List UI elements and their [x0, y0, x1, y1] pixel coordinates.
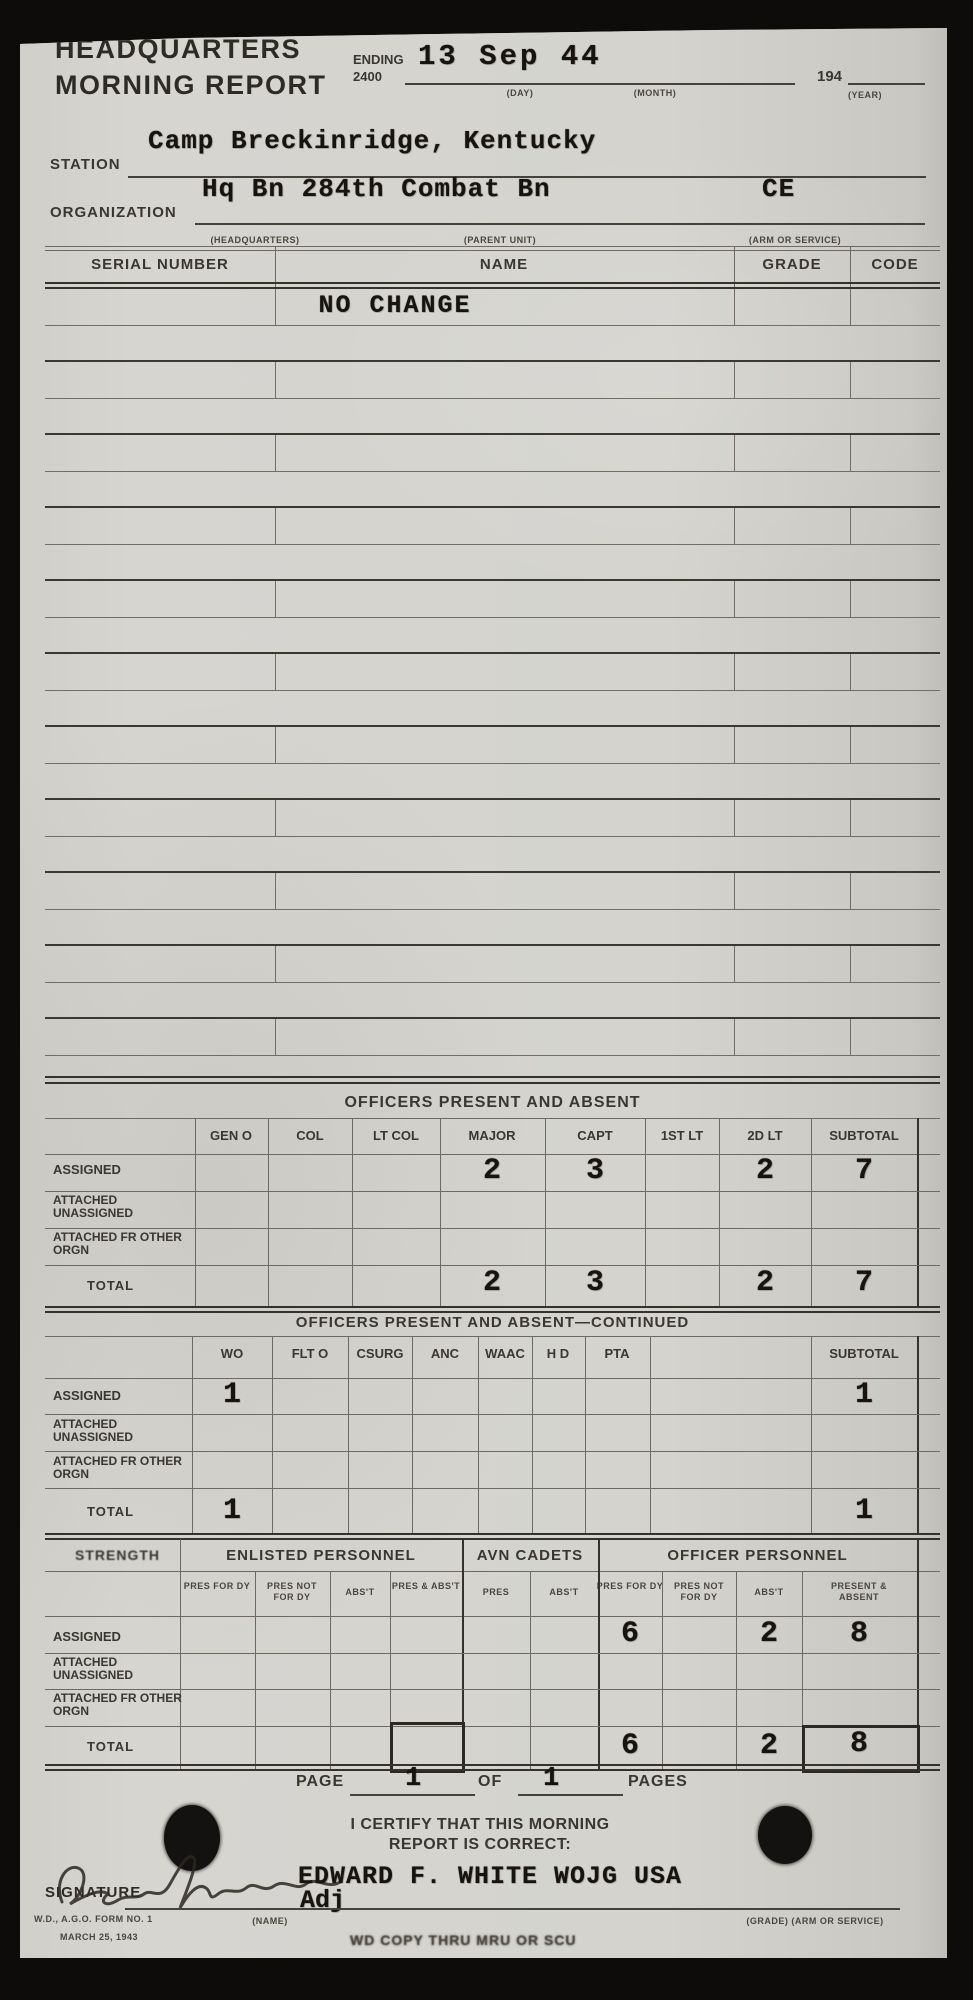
officers-col-subtotal: SUBTOTAL: [819, 1128, 909, 1143]
pages-underline: [518, 1794, 623, 1796]
pages-value: 1: [543, 1764, 559, 1794]
ending-time: 2400: [353, 69, 382, 84]
roster-divider: [734, 289, 735, 325]
punch-hole-right: [758, 1806, 812, 1864]
officers-total-subtotal: 7: [834, 1266, 894, 1300]
form-title-line1: HEADQUARTERS: [55, 34, 301, 65]
roster-entry-row: [45, 508, 940, 545]
scanned-morning-report: { "header": { "title_line1": "HEADQUARTE…: [0, 0, 973, 2000]
page-value: 1: [405, 1764, 421, 1794]
parent-unit-caption: (PARENT UNIT): [420, 235, 580, 245]
roster-entry-row: [45, 581, 940, 618]
section-separator-1: [45, 1076, 940, 1078]
cont-row-label-assigned: ASSIGNED: [53, 1388, 121, 1403]
grade-arm-caption: (GRADE) (ARM OR SERVICE): [710, 1916, 920, 1926]
ending-label: ENDING: [353, 52, 404, 67]
roster-entry-row: [45, 1019, 940, 1056]
year-underline: [848, 83, 925, 85]
officers-total-capt: 3: [565, 1266, 625, 1300]
officers-total-2dlt: 2: [735, 1266, 795, 1300]
officers-col-1stlt: 1ST LT: [637, 1128, 727, 1143]
arm-or-service-caption: (ARM OR SERVICE): [715, 235, 875, 245]
officers-assigned-capt: 3: [565, 1154, 625, 1188]
roster-spacer-row: [45, 472, 940, 508]
roster-spacer-row: [45, 326, 940, 362]
enl-col-abst: ABS'T: [325, 1587, 395, 1598]
roster-entry-row: NO CHANGE: [45, 289, 940, 326]
cont-row-label-attached-fr: ATTACHED FR OTHER ORGN: [53, 1455, 183, 1481]
of-label: OF: [478, 1773, 502, 1791]
form-title-line2: MORNING REPORT: [55, 70, 327, 101]
cont-row-label-attached-unassigned: ATTACHED UNASSIGNED: [53, 1418, 183, 1444]
enl-col-pres-for-dy: PRES FOR DY: [182, 1581, 252, 1592]
officers-col-2dlt: 2D LT: [720, 1128, 810, 1143]
officers-assigned-major: 2: [462, 1154, 522, 1188]
arm-service-value: CE: [762, 174, 795, 204]
officers-col-col: COL: [265, 1128, 355, 1143]
cont-col-wo: WO: [187, 1346, 277, 1361]
strength-corner-label: STRENGTH: [75, 1547, 160, 1563]
cont-row-label-total: TOTAL: [87, 1504, 134, 1519]
strength-row-label-assigned: ASSIGNED: [53, 1629, 121, 1644]
cont-assigned-wo: 1: [202, 1378, 262, 1412]
roster-entry-row: [45, 435, 940, 472]
certify-line1: I CERTIFY THAT THIS MORNING: [300, 1816, 660, 1834]
pages-label: PAGES: [628, 1773, 688, 1791]
year-prefix: 194: [817, 68, 842, 85]
organization-underline: [195, 223, 925, 225]
officers-continued-table: OFFICERS PRESENT AND ABSENT—CONTINUED WO…: [45, 1312, 940, 1539]
headquarters-caption: (HEADQUARTERS): [175, 235, 335, 245]
officers-row-label-attached-unassigned: ATTACHED UNASSIGNED: [53, 1194, 183, 1220]
officers-table-title: OFFICERS PRESENT AND ABSENT: [45, 1094, 940, 1112]
officers-total-major: 2: [462, 1266, 522, 1300]
organization-value: Hq Bn 284th Combat Bn: [202, 174, 551, 204]
month-caption: (MONTH): [605, 88, 705, 98]
form-number: W.D., A.G.O. FORM NO. 1: [34, 1914, 204, 1924]
form-date: MARCH 25, 1943: [60, 1932, 190, 1942]
report-date-value: 13 Sep 44: [418, 40, 602, 73]
roster-spacer-row: [45, 764, 940, 800]
roster-entry-row: [45, 873, 940, 910]
year-caption: (YEAR): [820, 90, 910, 100]
officers-row-label-attached-fr: ATTACHED FR OTHER ORGN: [53, 1231, 183, 1257]
station-label: STATION: [50, 156, 121, 173]
roster-spacer-row: [45, 837, 940, 873]
roster-entry-row: [45, 800, 940, 837]
form-paper: HEADQUARTERS MORNING REPORT ENDING 2400 …: [20, 26, 947, 1958]
roster-col-code: CODE: [845, 256, 945, 273]
station-value: Camp Breckinridge, Kentucky: [148, 126, 596, 156]
cont-assigned-subtotal: 1: [834, 1378, 894, 1412]
organization-label: ORGANIZATION: [50, 204, 177, 221]
roster-spacer-row: [45, 691, 940, 727]
roster-header-rule-1: [45, 282, 940, 284]
roster-col-grade: GRADE: [732, 256, 852, 273]
section-separator-2: [45, 1082, 940, 1084]
strength-section-avn: AVN CADETS: [462, 1547, 598, 1564]
cont-total-subtotal: 1: [834, 1494, 894, 1528]
signature-line: [125, 1908, 900, 1910]
officers-table: OFFICERS PRESENT AND ABSENT GEN O COL LT…: [45, 1088, 940, 1312]
strength-assigned-off-abst: 2: [739, 1617, 799, 1651]
cont-total-wo: 1: [202, 1494, 262, 1528]
roster-spacer-row: [45, 545, 940, 581]
strength-total-off-pres: 6: [600, 1729, 660, 1763]
page-underline: [350, 1794, 475, 1796]
officers-col-capt: CAPT: [550, 1128, 640, 1143]
officers-row-label-total: TOTAL: [87, 1278, 134, 1293]
roster-body: NO CHANGE: [45, 289, 940, 1056]
distribution-note: WD COPY THRU MRU OR SCU: [350, 1932, 577, 1948]
cont-col-subtotal: SUBTOTAL: [819, 1346, 909, 1361]
strength-assigned-off-pres: 6: [600, 1617, 660, 1651]
roster-divider: [275, 289, 276, 325]
page-label: PAGE: [296, 1773, 344, 1791]
off-col-pres-for-dy: PRES FOR DY: [595, 1581, 665, 1592]
strength-section-officer: OFFICER PERSONNEL: [598, 1547, 917, 1564]
roster-col-name: NAME: [424, 256, 584, 273]
officers-col-ltcol: LT COL: [351, 1128, 441, 1143]
strength-row-label-total: TOTAL: [87, 1739, 134, 1754]
strength-total-off-abst: 2: [739, 1729, 799, 1763]
day-caption: (DAY): [470, 88, 570, 98]
name-caption: (NAME): [210, 1916, 330, 1926]
avn-col-abst: ABS'T: [529, 1587, 599, 1598]
roster-top-line-1: [45, 246, 940, 247]
roster-spacer-row: [45, 618, 940, 654]
enl-col-pres-not: PRES NOT FOR DY: [257, 1581, 327, 1603]
off-col-pres-not: PRES NOT FOR DY: [664, 1581, 734, 1603]
off-col-abst: ABS'T: [734, 1587, 804, 1598]
strength-table: STRENGTH ENLISTED PERSONNEL AVN CADETS O…: [45, 1539, 940, 1770]
roster-spacer-row: [45, 910, 940, 946]
roster-top-line-2: [45, 250, 940, 251]
roster-entry-row: [45, 946, 940, 983]
roster-divider: [850, 289, 851, 325]
officers-row-label-assigned: ASSIGNED: [53, 1162, 121, 1177]
roster-entry-row: [45, 654, 940, 691]
officers-continued-title: OFFICERS PRESENT AND ABSENT—CONTINUED: [45, 1314, 940, 1331]
roster-col-serial: SERIAL NUMBER: [70, 256, 250, 273]
roster-spacer-row: [45, 399, 940, 435]
officers-col-major: MAJOR: [447, 1128, 537, 1143]
typed-certifier-title: Adj: [300, 1886, 345, 1915]
strength-section-enlisted: ENLISTED PERSONNEL: [181, 1547, 461, 1564]
off-col-pres-abs: PRESENT & ABSENT: [824, 1581, 894, 1603]
strength-assigned-off-pres-abs: 8: [829, 1617, 889, 1651]
officers-assigned-2dlt: 2: [735, 1154, 795, 1188]
signature-label: SIGNATURE: [45, 1884, 141, 1901]
date-underline: [405, 83, 795, 85]
officers-assigned-subtotal: 7: [834, 1154, 894, 1188]
avn-col-pres: PRES: [461, 1587, 531, 1598]
officers-col-geno: GEN O: [186, 1128, 276, 1143]
roster-entry-row: [45, 362, 940, 399]
roster-spacer-row: [45, 983, 940, 1019]
roster-entry-text: NO CHANGE: [295, 291, 495, 320]
typed-certifier-name: EDWARD F. WHITE WOJG USA: [298, 1862, 682, 1891]
enl-col-pres-abst: PRES & ABS'T: [391, 1581, 461, 1592]
strength-row-label-attached-fr: ATTACHED FR OTHER ORGN: [53, 1692, 183, 1718]
strength-row-label-attached-unassigned: ATTACHED UNASSIGNED: [53, 1656, 183, 1682]
roster-entry-row: [45, 727, 940, 764]
